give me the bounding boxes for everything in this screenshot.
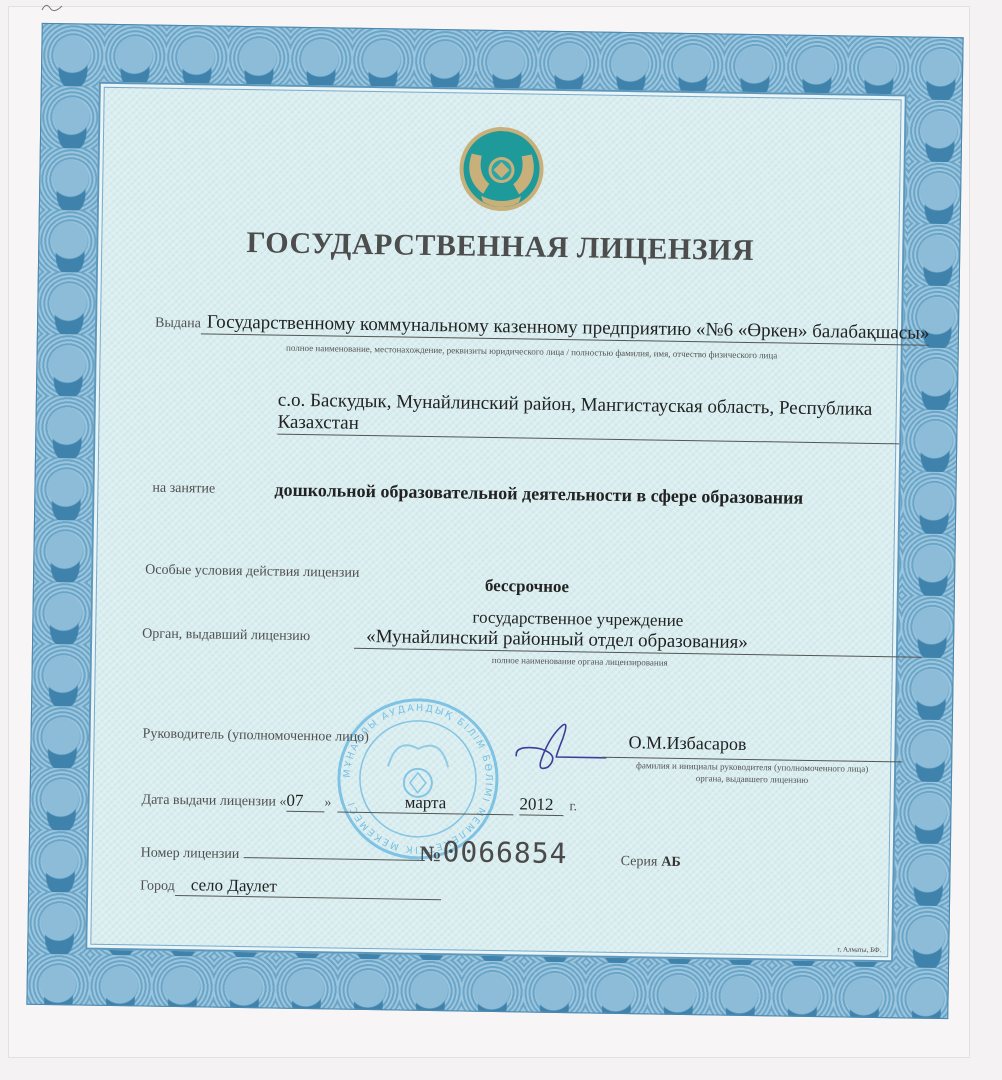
issuer-value-line2: «Мунайлинский районный отдел образования… [354, 626, 922, 658]
head-hint-line2: органа, выдавшего лицензию [602, 772, 902, 787]
issue-date-row: Дата выдачи лицензии «07»марта2012г. [141, 788, 577, 816]
series-value: АБ [661, 855, 681, 870]
series-label: Серия [621, 854, 658, 870]
activity-value: дошкольной образовательной деятельности … [274, 480, 803, 509]
issued-to-hint: полное наименование, местонахождение, ре… [217, 342, 847, 362]
pen-mark-icon [40, 2, 66, 12]
issue-date-day: 07 [286, 791, 324, 813]
number-sign: № [419, 841, 442, 866]
document-title: ГОСУДАРСТВЕННАЯ ЛИЦЕНЗИЯ [98, 224, 902, 271]
state-emblem-icon [453, 123, 550, 214]
city-label: Город [140, 878, 175, 894]
issue-date-quote: » [324, 795, 331, 810]
city-row: Городсело Даулет [140, 874, 441, 900]
issued-to-address: с.о. Баскудык, Мунайлинский район, Манги… [277, 390, 900, 445]
head-name: О.М.Избасаров [628, 732, 746, 755]
head-label: Руководитель (уполномоченное лицо) [142, 726, 368, 746]
activity-label: на занятие [152, 481, 215, 498]
conditions-value: бессрочное [485, 576, 569, 597]
issue-date-month: марта [337, 792, 513, 816]
conditions-label: Особые условия действия лицензии [145, 563, 359, 582]
printer-mark: г. Алматы, БФ. [837, 945, 881, 954]
signature-icon [510, 714, 611, 776]
issue-date-year: 2012 [519, 794, 563, 816]
issued-to-row: ВыданаГосударственному коммунальному каз… [155, 311, 945, 346]
svg-text:МҰНАЙЛЫ АУДАНДЫҚ БІЛІМ БӨЛІМІ: МҰНАЙЛЫ АУДАНДЫҚ БІЛІМ БӨЛІМІ МЕМЛЕКЕТТІ… [341, 702, 496, 857]
city-value: село Даулет [175, 875, 441, 900]
license-number-value: 0066854 [442, 835, 568, 870]
license-number-row: Номер лицензии№0066854 [141, 830, 568, 870]
license-number-line [243, 843, 419, 861]
certificate-panel: ГОСУДАРСТВЕННАЯ ЛИЦЕНЗИЯ ВыданаГосударст… [85, 82, 907, 963]
issue-date-label: Дата выдачи лицензии « [141, 792, 286, 809]
issued-to-value: Государственному коммунальному казенному… [201, 311, 930, 345]
issuer-label: Орган, выдавший лицензию [142, 626, 310, 645]
license-number-label: Номер лицензии [141, 845, 240, 862]
issue-date-suffix: г. [569, 799, 577, 814]
issuer-hint: полное наименование органа лицензировани… [492, 655, 668, 668]
series-row: Серия АБ [621, 852, 681, 871]
issued-to-label: Выдана [155, 316, 201, 332]
license-certificate: ГОСУДАРСТВЕННАЯ ЛИЦЕНЗИЯ ВыданаГосударст… [26, 23, 963, 1019]
